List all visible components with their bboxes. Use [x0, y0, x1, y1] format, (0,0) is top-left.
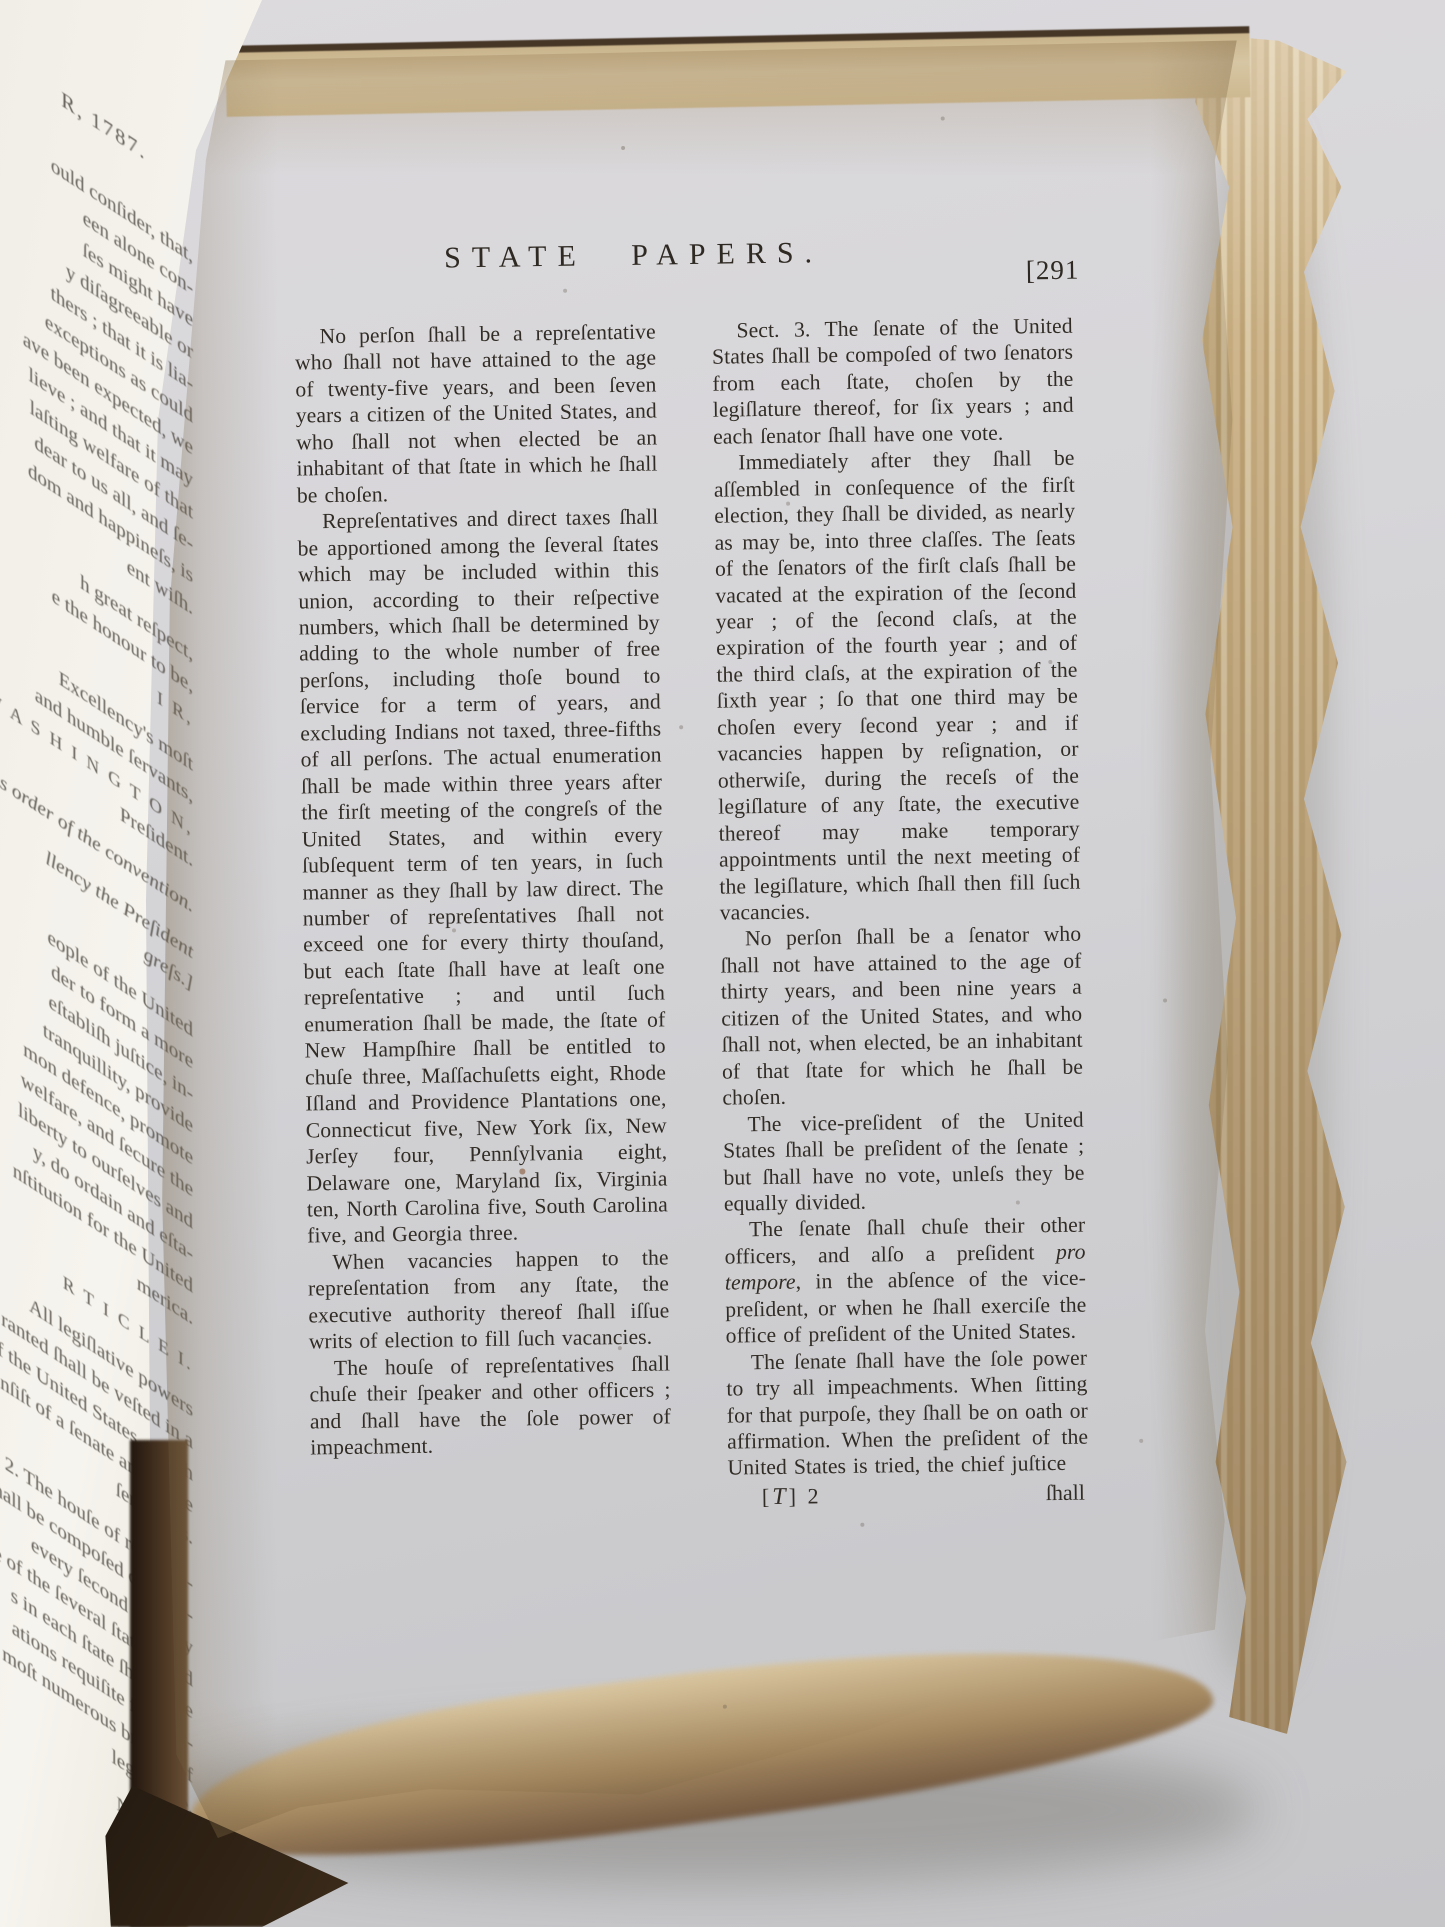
paragraph: The ſenate ſhall chuſe their other offic…	[724, 1212, 1087, 1349]
page-content: STATE PAPERS. [291 No perſon ſhall be a …	[140, 18, 1257, 1845]
paragraph: No perſon ſhall be a repreſentative who …	[295, 319, 659, 509]
paragraph: The houſe of repreſentatives ſhall chuſe…	[309, 1350, 671, 1461]
paragraph: Repreſentatives and direct taxes ſhall b…	[297, 504, 668, 1250]
paragraph: The ſenate ſhall have the ſole power to …	[726, 1344, 1089, 1481]
paragraph: When vacancies happen to the repreſentat…	[307, 1244, 669, 1355]
book-photo: R, 1787.ould conſider, that,een alone co…	[0, 0, 1445, 1927]
paragraph: The vice-preſident of the United States …	[723, 1106, 1085, 1217]
paragraph: Immediately after they ſhall be aſſemble…	[713, 445, 1081, 926]
catchword: ſhall	[1046, 1480, 1085, 1507]
text-columns: No perſon ſhall be a repreſentative who …	[295, 313, 1092, 1518]
column-right: Sect. 3. The ſenate of the United States…	[711, 313, 1089, 1512]
recto-page: STATE PAPERS. [291 No perſon ſhall be a …	[148, 26, 1240, 1838]
signature-mark: [T] 2	[762, 1483, 822, 1511]
paragraph: Sect. 3. The ſenate of the United States…	[711, 313, 1074, 450]
page-footer: [T] 2 ſhall	[728, 1480, 1089, 1512]
running-head: STATE PAPERS.	[143, 232, 1123, 280]
column-left: No perſon ſhall be a repreſentative who …	[295, 319, 673, 1518]
paragraph: No perſon ſhall be a ſenator who ſhall n…	[720, 921, 1084, 1111]
page-number: [291	[1026, 255, 1080, 287]
